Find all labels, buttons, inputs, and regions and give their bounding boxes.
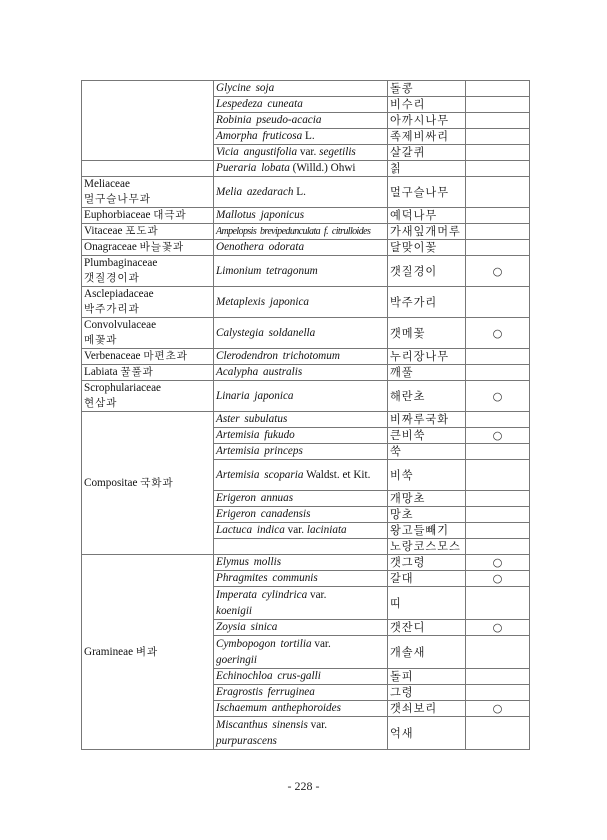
korean-name: 누리장나무 bbox=[388, 349, 466, 365]
scientific-name: Artemisia scoparia Waldst. et Kit. bbox=[214, 460, 388, 491]
family-korean: 마편초과 bbox=[143, 350, 188, 362]
korean-name: 박주가리 bbox=[388, 287, 466, 318]
occurrence-mark bbox=[466, 587, 530, 620]
family-korean: 꿀풀과 bbox=[120, 366, 153, 378]
species-table: Glycine soja 돌콩 Lespedeza cuneata 비수리 Ro… bbox=[81, 80, 530, 750]
korean-name: 띠 bbox=[388, 587, 466, 620]
family-cell: Labiata 꿀풀과 bbox=[82, 365, 214, 381]
scientific-name: Limonium tetragonum bbox=[214, 256, 388, 287]
scientific-name: Glycine soja bbox=[214, 81, 388, 97]
family-cell: Scrophulariaceae현삼과 bbox=[82, 381, 214, 412]
scientific-name: Metaplexis japonica bbox=[214, 287, 388, 318]
occurrence-mark bbox=[466, 460, 530, 491]
scientific-name: Robinia pseudo-acacia bbox=[214, 113, 388, 129]
scientific-name: Eragrostis ferruginea bbox=[214, 685, 388, 701]
table-row: Vitaceae 포도과 Ampelopsis brevipedunculata… bbox=[82, 224, 530, 240]
table-row: Convolvulaceae메꽃과 Calystegia soldanella … bbox=[82, 318, 530, 349]
scientific-name: Pueraria lobata (Willd.) Ohwi bbox=[214, 161, 388, 177]
korean-name: 개솔새 bbox=[388, 636, 466, 669]
family-latin: Euphorbiaceae bbox=[84, 209, 150, 221]
family-cell: Vitaceae 포도과 bbox=[82, 224, 214, 240]
korean-name: 왕고들빼기 bbox=[388, 523, 466, 539]
occurrence-mark bbox=[466, 97, 530, 113]
table-row: Pueraria lobata (Willd.) Ohwi 칡 bbox=[82, 161, 530, 177]
korean-name: 갯잔디 bbox=[388, 620, 466, 636]
occurrence-mark bbox=[466, 113, 530, 129]
korean-name: 쑥 bbox=[388, 444, 466, 460]
scientific-name: Ampelopsis brevipedunculata f. citrulloi… bbox=[214, 224, 388, 240]
korean-name: 달맞이꽃 bbox=[388, 240, 466, 256]
scientific-name: Amorpha fruticosa L. bbox=[214, 129, 388, 145]
family-latin: Labiata bbox=[84, 366, 118, 378]
occurrence-mark bbox=[466, 177, 530, 208]
korean-name: 노랑코스모스 bbox=[388, 539, 466, 555]
occurrence-mark bbox=[466, 365, 530, 381]
occurrence-mark bbox=[466, 208, 530, 224]
table-row: Compositae 국화과 Aster subulatus 비짜루국화 bbox=[82, 412, 530, 428]
scientific-name: Phragmites communis bbox=[214, 571, 388, 587]
table-row: Verbenaceae 마편초과 Clerodendron trichotomu… bbox=[82, 349, 530, 365]
korean-name: 멀구슬나무 bbox=[388, 177, 466, 208]
korean-name: 갯질경이 bbox=[388, 256, 466, 287]
scientific-name: Aster subulatus bbox=[214, 412, 388, 428]
korean-name: 가새잎개머루 bbox=[388, 224, 466, 240]
korean-name: 억새 bbox=[388, 717, 466, 750]
family-cell bbox=[82, 81, 214, 161]
family-korean: 현삼과 bbox=[84, 397, 117, 409]
scientific-name: Artemisia princeps bbox=[214, 444, 388, 460]
family-latin: Scrophulariaceae bbox=[84, 382, 161, 394]
occurrence-mark bbox=[466, 349, 530, 365]
family-latin: Vitaceae bbox=[84, 225, 122, 237]
scientific-name: Erigeron canadensis bbox=[214, 507, 388, 523]
family-cell: Gramineae 벼과 bbox=[82, 555, 214, 750]
korean-name: 깨풀 bbox=[388, 365, 466, 381]
family-korean: 메꽃과 bbox=[84, 334, 117, 346]
scientific-name: Miscanthus sinensis var.purpurascens bbox=[214, 717, 388, 750]
family-korean: 멀구슬나무과 bbox=[84, 193, 151, 205]
korean-name: 아까시나무 bbox=[388, 113, 466, 129]
scientific-name: Cymbopogon tortilia var.goeringii bbox=[214, 636, 388, 669]
family-latin: Gramineae bbox=[84, 646, 133, 658]
scientific-name: Lespedeza cuneata bbox=[214, 97, 388, 113]
scientific-name: Vicia angustifolia var. segetilis bbox=[214, 145, 388, 161]
scientific-name: Lactuca indica var. laciniata bbox=[214, 523, 388, 539]
occurrence-mark: ○ bbox=[466, 620, 530, 636]
family-latin: Asclepiadaceae bbox=[84, 288, 154, 300]
family-cell: Onagraceae 바늘꽃과 bbox=[82, 240, 214, 256]
scientific-name: Calystegia soldanella bbox=[214, 318, 388, 349]
korean-name: 망초 bbox=[388, 507, 466, 523]
table-row: Gramineae 벼과 Elymus mollis 갯그령 ○ bbox=[82, 555, 530, 571]
occurrence-mark bbox=[466, 129, 530, 145]
table-row: Asclepiadaceae박주가리과 Metaplexis japonica … bbox=[82, 287, 530, 318]
occurrence-mark bbox=[466, 240, 530, 256]
table-row: Scrophulariaceae현삼과 Linaria japonica 해란초… bbox=[82, 381, 530, 412]
occurrence-mark: ○ bbox=[466, 256, 530, 287]
scientific-name: Linaria japonica bbox=[214, 381, 388, 412]
table-row: Meliaceae멀구슬나무과 Melia azedarach L. 멀구슬나무 bbox=[82, 177, 530, 208]
korean-name: 족제비싸리 bbox=[388, 129, 466, 145]
occurrence-mark bbox=[466, 539, 530, 555]
occurrence-mark bbox=[466, 685, 530, 701]
family-korean: 대극과 bbox=[153, 209, 186, 221]
occurrence-mark bbox=[466, 507, 530, 523]
scientific-name: Artemisia fukudo bbox=[214, 428, 388, 444]
occurrence-mark: ○ bbox=[466, 318, 530, 349]
family-korean: 바늘꽃과 bbox=[140, 241, 185, 253]
scientific-name: Echinochloa crus-galli bbox=[214, 669, 388, 685]
scientific-name: Ischaemum anthephoroides bbox=[214, 701, 388, 717]
family-latin: Meliaceae bbox=[84, 178, 130, 190]
family-korean: 포도과 bbox=[125, 225, 158, 237]
occurrence-mark: ○ bbox=[466, 555, 530, 571]
korean-name: 개망초 bbox=[388, 491, 466, 507]
family-cell: Verbenaceae 마편초과 bbox=[82, 349, 214, 365]
family-latin: Convolvulaceae bbox=[84, 319, 156, 331]
scientific-name bbox=[214, 539, 388, 555]
family-cell bbox=[82, 161, 214, 177]
family-korean: 벼과 bbox=[136, 646, 158, 658]
occurrence-mark: ○ bbox=[466, 571, 530, 587]
family-cell: Plumbaginaceae갯질경이과 bbox=[82, 256, 214, 287]
korean-name: 비수리 bbox=[388, 97, 466, 113]
occurrence-mark bbox=[466, 224, 530, 240]
occurrence-mark bbox=[466, 161, 530, 177]
scientific-name: Zoysia sinica bbox=[214, 620, 388, 636]
family-cell: Meliaceae멀구슬나무과 bbox=[82, 177, 214, 208]
family-korean: 국화과 bbox=[140, 477, 173, 489]
family-latin: Onagraceae bbox=[84, 241, 137, 253]
family-cell: Compositae 국화과 bbox=[82, 412, 214, 555]
scientific-name: Acalypha australis bbox=[214, 365, 388, 381]
korean-name: 비짜루국화 bbox=[388, 412, 466, 428]
korean-name: 비쑥 bbox=[388, 460, 466, 491]
occurrence-mark: ○ bbox=[466, 428, 530, 444]
family-latin: Verbenaceae bbox=[84, 350, 141, 362]
family-cell: Euphorbiaceae 대극과 bbox=[82, 208, 214, 224]
family-latin: Compositae bbox=[84, 477, 137, 489]
korean-name: 돌콩 bbox=[388, 81, 466, 97]
occurrence-mark bbox=[466, 444, 530, 460]
scientific-name: Oenothera odorata bbox=[214, 240, 388, 256]
occurrence-mark bbox=[466, 287, 530, 318]
occurrence-mark: ○ bbox=[466, 701, 530, 717]
table-row: Onagraceae 바늘꽃과 Oenothera odorata 달맞이꽃 bbox=[82, 240, 530, 256]
scientific-name: Mallotus japonicus bbox=[214, 208, 388, 224]
occurrence-mark bbox=[466, 145, 530, 161]
scientific-name: Melia azedarach L. bbox=[214, 177, 388, 208]
table-row: Euphorbiaceae 대극과 Mallotus japonicus 예덕나… bbox=[82, 208, 530, 224]
korean-name: 갯메꽃 bbox=[388, 318, 466, 349]
korean-name: 칡 bbox=[388, 161, 466, 177]
family-korean: 갯질경이과 bbox=[84, 272, 140, 284]
occurrence-mark bbox=[466, 717, 530, 750]
table-row: Plumbaginaceae갯질경이과 Limonium tetragonum … bbox=[82, 256, 530, 287]
korean-name: 살갈퀴 bbox=[388, 145, 466, 161]
korean-name: 돌피 bbox=[388, 669, 466, 685]
occurrence-mark: ○ bbox=[466, 381, 530, 412]
occurrence-mark bbox=[466, 636, 530, 669]
page-number: - 228 - bbox=[0, 779, 607, 794]
family-latin: Plumbaginaceae bbox=[84, 257, 157, 269]
korean-name: 해란초 bbox=[388, 381, 466, 412]
document-page: Glycine soja 돌콩 Lespedeza cuneata 비수리 Ro… bbox=[0, 0, 607, 840]
family-korean: 박주가리과 bbox=[84, 303, 140, 315]
korean-name: 갈대 bbox=[388, 571, 466, 587]
scientific-name: Elymus mollis bbox=[214, 555, 388, 571]
scientific-name: Erigeron annuas bbox=[214, 491, 388, 507]
occurrence-mark bbox=[466, 523, 530, 539]
occurrence-mark bbox=[466, 412, 530, 428]
korean-name: 갯쇠보리 bbox=[388, 701, 466, 717]
table-row: Glycine soja 돌콩 bbox=[82, 81, 530, 97]
korean-name: 갯그령 bbox=[388, 555, 466, 571]
table-row: Labiata 꿀풀과 Acalypha australis 깨풀 bbox=[82, 365, 530, 381]
family-cell: Convolvulaceae메꽃과 bbox=[82, 318, 214, 349]
scientific-name: Clerodendron trichotomum bbox=[214, 349, 388, 365]
occurrence-mark bbox=[466, 81, 530, 97]
korean-name: 그령 bbox=[388, 685, 466, 701]
occurrence-mark bbox=[466, 669, 530, 685]
korean-name: 예덕나무 bbox=[388, 208, 466, 224]
scientific-name: Imperata cylindrica var.koenigii bbox=[214, 587, 388, 620]
korean-name: 큰비쑥 bbox=[388, 428, 466, 444]
family-cell: Asclepiadaceae박주가리과 bbox=[82, 287, 214, 318]
occurrence-mark bbox=[466, 491, 530, 507]
